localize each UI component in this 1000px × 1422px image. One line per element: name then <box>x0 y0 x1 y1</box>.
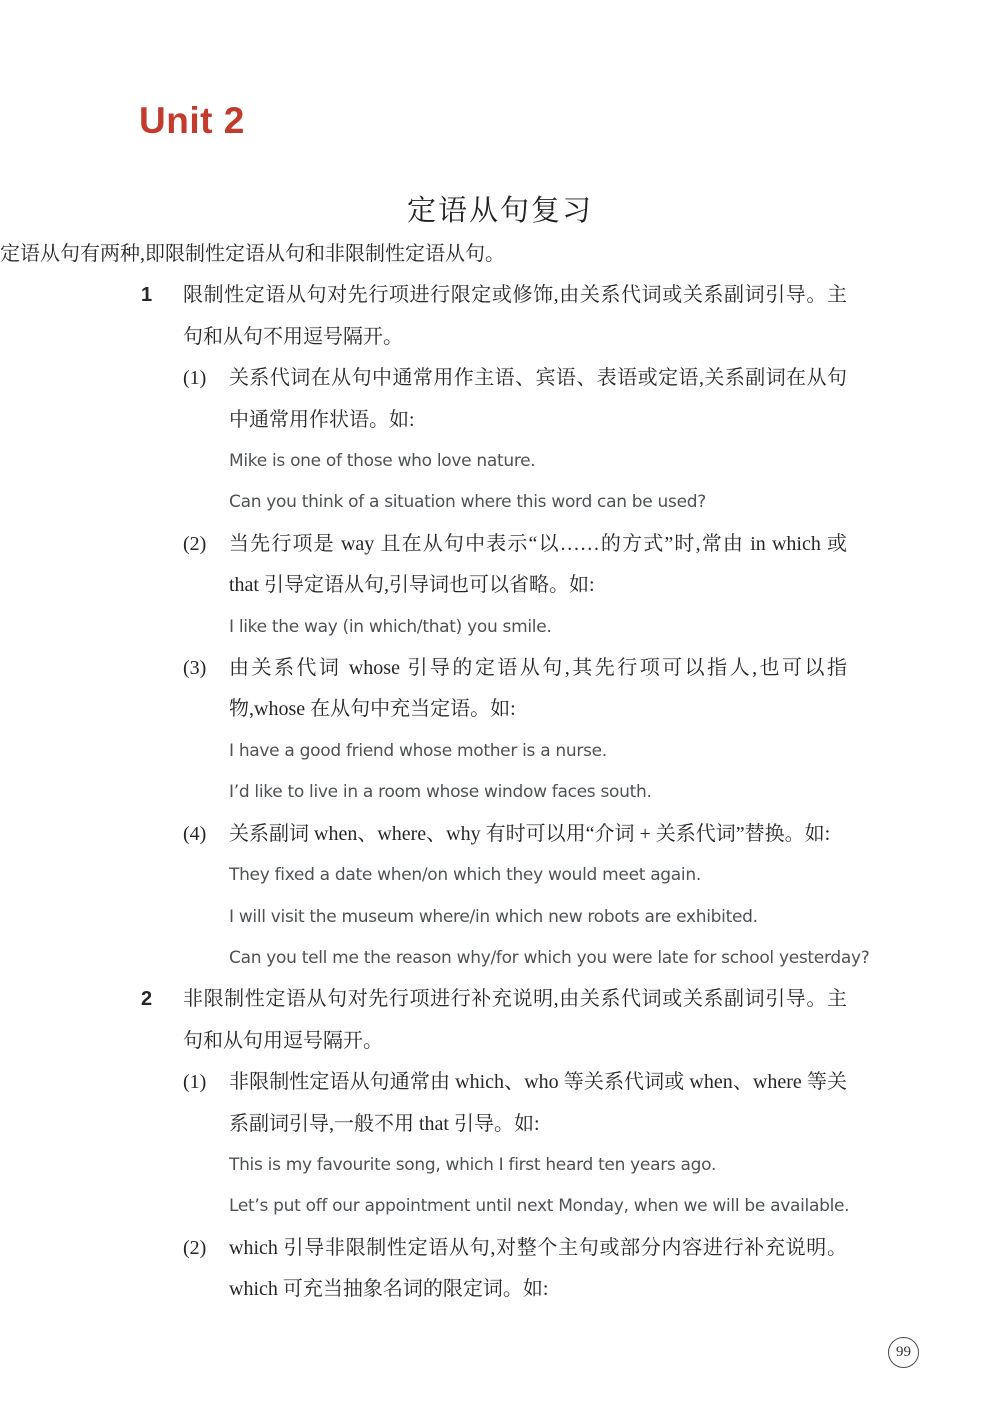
page-title: 定语从句复习 <box>0 188 1000 229</box>
example-sentence: Let’s put off our appointment until next… <box>229 1186 847 1227</box>
unit-heading: Unit 2 <box>139 100 245 142</box>
section-text: 非限制性定语从句对先行项进行补充说明,由关系代词或关系副词引导。主句和从句用逗号… <box>183 979 847 1062</box>
item-body: 非限制性定语从句通常由 which、who 等关系代词或 when、where … <box>229 1062 847 1228</box>
example-sentence: This is my favourite song, which I first… <box>229 1145 847 1186</box>
lesson-content: 定语从句有两种,即限制性定语从句和非限制性定语从句。 1限制性定语从句对先行项进… <box>0 234 1000 1311</box>
list-item: (1)非限制性定语从句通常由 which、who 等关系代词或 when、whe… <box>183 1062 847 1228</box>
example-sentence: Can you think of a situation where this … <box>229 482 847 523</box>
list-item: (4)关系副词 when、where、why 有时可以用“介词 + 关系代词”替… <box>183 814 847 980</box>
example-sentence: Can you tell me the reason why/for which… <box>229 938 847 979</box>
item-label: (2) <box>183 524 229 648</box>
example-sentence: I like the way (in which/that) you smile… <box>229 607 847 648</box>
item-text: 关系副词 when、where、why 有时可以用“介词 + 关系代词”替换。如… <box>229 814 847 855</box>
item-body: 关系副词 when、where、why 有时可以用“介词 + 关系代词”替换。如… <box>229 814 847 980</box>
intro-paragraph: 定语从句有两种,即限制性定语从句和非限制性定语从句。 <box>0 234 664 275</box>
page-number-badge: 99 <box>888 1337 919 1368</box>
item-label: (4) <box>183 814 229 980</box>
section-number: 2 <box>141 979 183 1310</box>
list-item: (2)当先行项是 way 且在从句中表示“以……的方式”时,常由 in whic… <box>183 524 847 648</box>
page-number-text: 99 <box>896 1344 911 1361</box>
item-label: (3) <box>183 648 229 814</box>
textbook-page: Unit 2 定语从句复习 定语从句有两种,即限制性定语从句和非限制性定语从句。… <box>0 0 1000 1422</box>
item-label: (1) <box>183 1062 229 1228</box>
item-text: 由关系代词 whose 引导的定语从句,其先行项可以指人,也可以指物,whose… <box>229 648 847 731</box>
item-body: 由关系代词 whose 引导的定语从句,其先行项可以指人,也可以指物,whose… <box>229 648 847 814</box>
section: 2非限制性定语从句对先行项进行补充说明,由关系代词或关系副词引导。主句和从句用逗… <box>0 979 1000 1310</box>
item-body: 当先行项是 way 且在从句中表示“以……的方式”时,常由 in which 或… <box>229 524 847 648</box>
item-text: 当先行项是 way 且在从句中表示“以……的方式”时,常由 in which 或… <box>229 524 847 607</box>
section-text: 限制性定语从句对先行项进行限定或修饰,由关系代词或关系副词引导。主句和从句不用逗… <box>183 275 847 358</box>
list-item: (3)由关系代词 whose 引导的定语从句,其先行项可以指人,也可以指物,wh… <box>183 648 847 814</box>
item-body: 关系代词在从句中通常用作主语、宾语、表语或定语,关系副词在从句中通常用作状语。如… <box>229 358 847 524</box>
section: 1限制性定语从句对先行项进行限定或修饰,由关系代词或关系副词引导。主句和从句不用… <box>0 275 1000 979</box>
section-body: 限制性定语从句对先行项进行限定或修饰,由关系代词或关系副词引导。主句和从句不用逗… <box>183 275 847 979</box>
example-sentence: I will visit the museum where/in which n… <box>229 897 847 938</box>
item-label: (2) <box>183 1228 229 1311</box>
item-text: which 引导非限制性定语从句,对整个主句或部分内容进行补充说明。which … <box>229 1228 847 1311</box>
list-item: (2)which 引导非限制性定语从句,对整个主句或部分内容进行补充说明。whi… <box>183 1228 847 1311</box>
example-sentence: I’d like to live in a room whose window … <box>229 772 847 813</box>
item-text: 关系代词在从句中通常用作主语、宾语、表语或定语,关系副词在从句中通常用作状语。如… <box>229 358 847 441</box>
item-text: 非限制性定语从句通常由 which、who 等关系代词或 when、where … <box>229 1062 847 1145</box>
item-body: which 引导非限制性定语从句,对整个主句或部分内容进行补充说明。which … <box>229 1228 847 1311</box>
item-label: (1) <box>183 358 229 524</box>
list-item: (1)关系代词在从句中通常用作主语、宾语、表语或定语,关系副词在从句中通常用作状… <box>183 358 847 524</box>
example-sentence: They fixed a date when/on which they wou… <box>229 855 847 896</box>
section-body: 非限制性定语从句对先行项进行补充说明,由关系代词或关系副词引导。主句和从句用逗号… <box>183 979 847 1310</box>
example-sentence: I have a good friend whose mother is a n… <box>229 731 847 772</box>
section-number: 1 <box>141 275 183 979</box>
example-sentence: Mike is one of those who love nature. <box>229 441 847 482</box>
